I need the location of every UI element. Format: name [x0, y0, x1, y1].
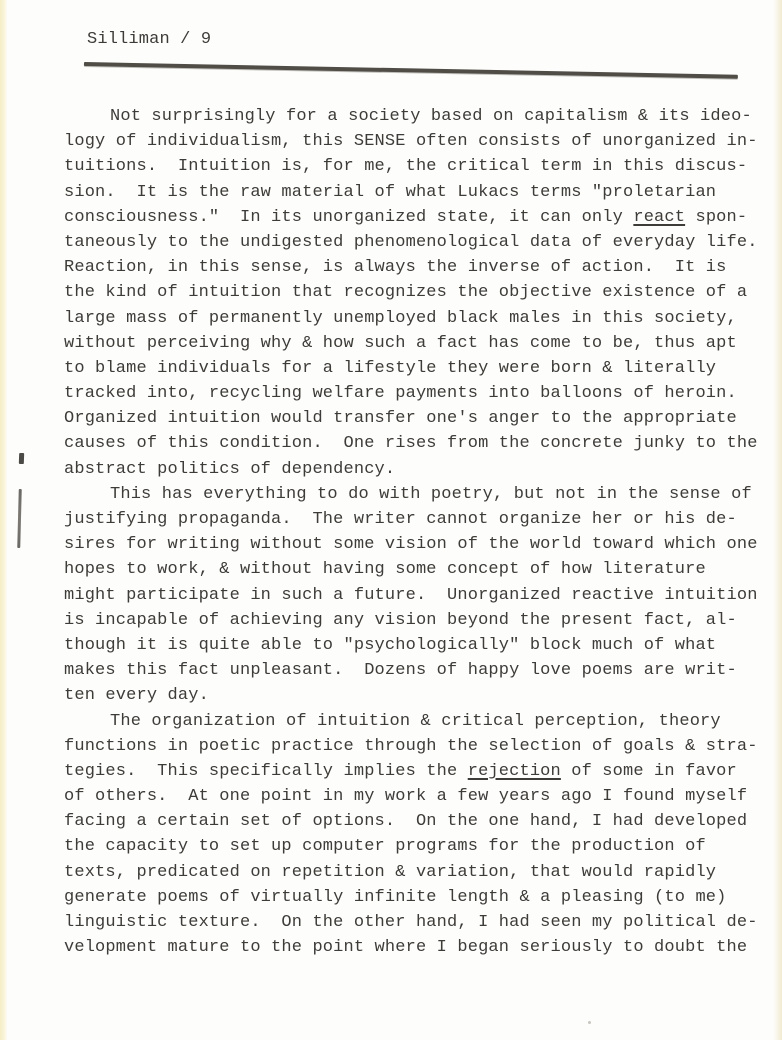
- text-line: velopment mature to the point where I be…: [64, 935, 774, 960]
- text-segment: the kind of intuition that recognizes th…: [64, 283, 747, 302]
- text-line: sion. It is the raw material of what Luk…: [64, 180, 774, 205]
- text-segment: without perceiving why & how such a fact…: [64, 334, 737, 353]
- text-line: might participate in such a future. Unor…: [64, 583, 774, 608]
- text-line: to blame individuals for a lifestyle the…: [64, 356, 774, 381]
- text-segment: abstract politics of dependency.: [64, 460, 395, 479]
- text-line: consciousness." In its unorganized state…: [64, 205, 774, 230]
- text-segment: ten every day.: [64, 686, 209, 705]
- text-line: ten every day.: [64, 683, 774, 708]
- text-segment: logy of individualism, this SENSE often …: [64, 132, 758, 151]
- text-segment: is incapable of achieving any vision bey…: [64, 611, 737, 630]
- text-line: logy of individualism, this SENSE often …: [64, 129, 774, 154]
- text-segment: Not surprisingly for a society based on …: [110, 107, 752, 126]
- text-segment: spon-: [685, 208, 747, 227]
- text-line: justifying propaganda. The writer cannot…: [64, 507, 774, 532]
- text-segment: to blame individuals for a lifestyle the…: [64, 359, 716, 378]
- text-segment: the capacity to set up computer programs…: [64, 837, 706, 856]
- text-line: the kind of intuition that recognizes th…: [64, 280, 774, 305]
- text-segment: tuitions. Intuition is, for me, the crit…: [64, 157, 747, 176]
- margin-tick-mark: [19, 453, 24, 464]
- text-line: large mass of permanently unemployed bla…: [64, 306, 774, 331]
- text-line: is incapable of achieving any vision bey…: [64, 608, 774, 633]
- text-segment: makes this fact unpleasant. Dozens of ha…: [64, 661, 737, 680]
- text-line: tracked into, recycling welfare payments…: [64, 381, 774, 406]
- text-segment: large mass of permanently unemployed bla…: [64, 309, 737, 328]
- scanned-page: Silliman / 9 Not surprisingly for a soci…: [0, 0, 782, 1040]
- text-line: tuitions. Intuition is, for me, the crit…: [64, 154, 774, 179]
- text-segment: might participate in such a future. Unor…: [64, 586, 758, 605]
- text-line: without perceiving why & how such a fact…: [64, 331, 774, 356]
- text-segment: linguistic texture. On the other hand, I…: [64, 913, 758, 932]
- text-line: functions in poetic practice through the…: [64, 734, 774, 759]
- text-line: Reaction, in this sense, is always the i…: [64, 255, 774, 280]
- text-segment: The organization of intuition & critical…: [110, 712, 721, 731]
- text-segment: though it is quite able to "psychologica…: [64, 636, 716, 655]
- text-line: The organization of intuition & critical…: [64, 709, 774, 734]
- right-edge-shade: [773, 0, 782, 1040]
- text-line: texts, predicated on repetition & variat…: [64, 860, 774, 885]
- text-line: sires for writing without some vision of…: [64, 532, 774, 557]
- text-line: makes this fact unpleasant. Dozens of ha…: [64, 658, 774, 683]
- margin-pen-stroke: [17, 489, 22, 548]
- text-line: tegies. This specifically implies the re…: [64, 759, 774, 784]
- text-segment: velopment mature to the point where I be…: [64, 938, 747, 957]
- text-line: facing a certain set of options. On the …: [64, 809, 774, 834]
- text-line: Organized intuition would transfer one's…: [64, 406, 774, 431]
- text-line: linguistic texture. On the other hand, I…: [64, 910, 774, 935]
- text-segment: functions in poetic practice through the…: [64, 737, 758, 756]
- text-segment: generate poems of virtually infinite len…: [64, 888, 727, 907]
- text-line: though it is quite able to "psychologica…: [64, 633, 774, 658]
- text-line: Not surprisingly for a society based on …: [64, 104, 774, 129]
- text-segment: sion. It is the raw material of what Luk…: [64, 183, 716, 202]
- text-segment: causes of this condition. One rises from…: [64, 434, 758, 453]
- text-segment: of others. At one point in my work a few…: [64, 787, 747, 806]
- header-rule: [84, 62, 738, 79]
- text-line: This has everything to do with poetry, b…: [64, 482, 774, 507]
- text-segment: facing a certain set of options. On the …: [64, 812, 747, 831]
- text-line: abstract politics of dependency.: [64, 457, 774, 482]
- text-segment: consciousness." In its unorganized state…: [64, 208, 633, 227]
- text-line: the capacity to set up computer programs…: [64, 834, 774, 859]
- text-segment: This has everything to do with poetry, b…: [110, 485, 752, 504]
- text-segment: sires for writing without some vision of…: [64, 535, 758, 554]
- text-segment: Organized intuition would transfer one's…: [64, 409, 737, 428]
- text-line: generate poems of virtually infinite len…: [64, 885, 774, 910]
- text-line: hopes to work, & without having some con…: [64, 557, 774, 582]
- document-body: Not surprisingly for a society based on …: [64, 104, 774, 960]
- text-segment: taneously to the undigested phenomenolog…: [64, 233, 758, 252]
- text-segment: of some in favor: [561, 762, 737, 781]
- underlined-word: react: [633, 208, 685, 227]
- text-segment: texts, predicated on repetition & variat…: [64, 863, 716, 882]
- text-segment: justifying propaganda. The writer cannot…: [64, 510, 737, 529]
- text-segment: hopes to work, & without having some con…: [64, 560, 706, 579]
- text-segment: tracked into, recycling welfare payments…: [64, 384, 737, 403]
- dust-speck: [588, 1021, 591, 1024]
- text-segment: Reaction, in this sense, is always the i…: [64, 258, 727, 277]
- left-edge-strip: [0, 0, 7, 1040]
- text-line: taneously to the undigested phenomenolog…: [64, 230, 774, 255]
- text-segment: tegies. This specifically implies the: [64, 762, 468, 781]
- text-line: of others. At one point in my work a few…: [64, 784, 774, 809]
- page-header: Silliman / 9: [87, 30, 211, 49]
- underlined-word: rejection: [468, 762, 561, 781]
- text-line: causes of this condition. One rises from…: [64, 431, 774, 456]
